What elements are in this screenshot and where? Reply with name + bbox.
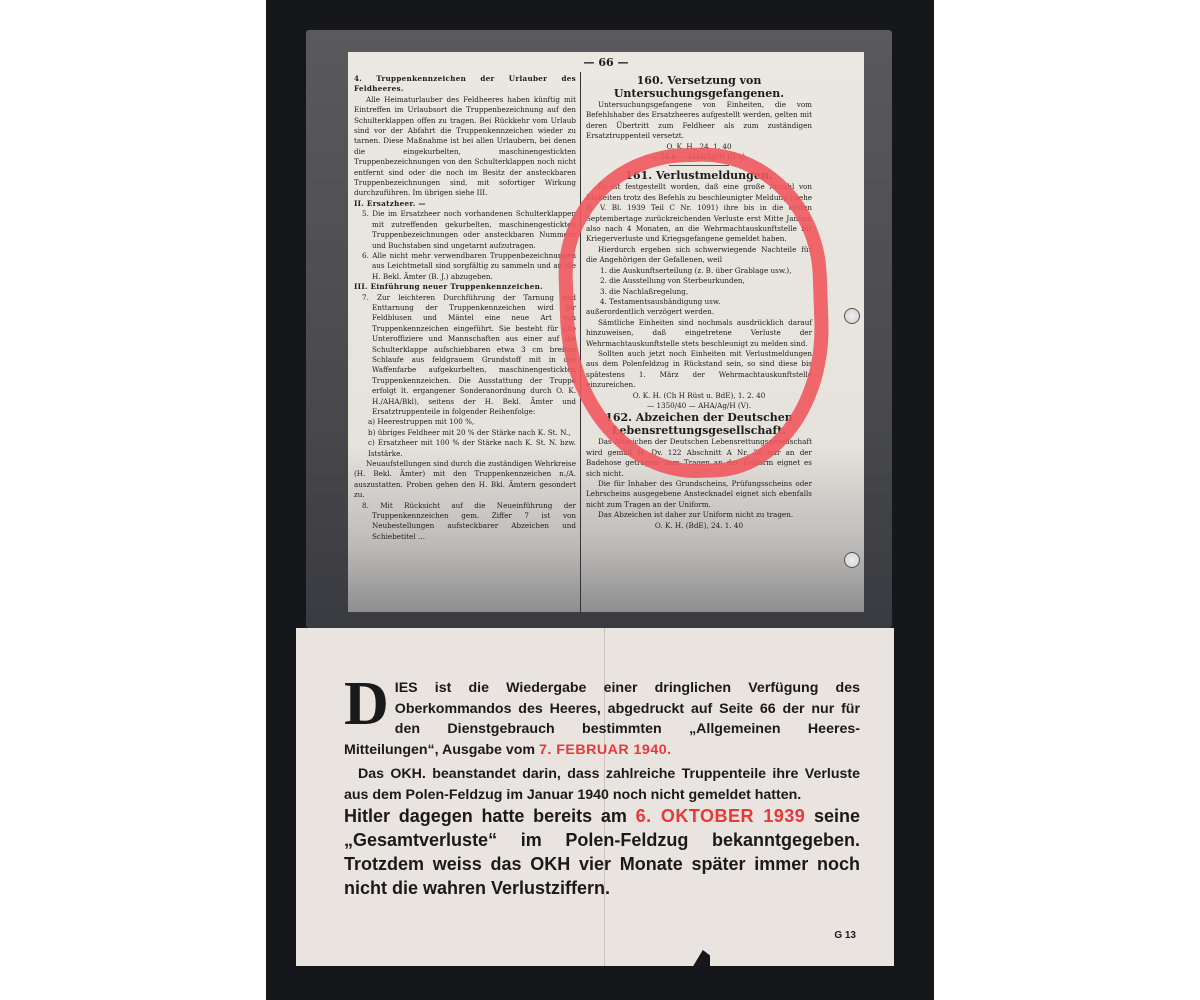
list-item: b) übriges Feldheer mit 20 % der Stärke … [354, 428, 576, 438]
leaflet: — 66 — 4. Truppenkennzeichen der Urlaube… [296, 28, 894, 966]
left-column: 4. Truppenkennzeichen der Urlauber des F… [354, 74, 576, 542]
item4-heading: 4. Truppenkennzeichen der Urlauber des F… [354, 74, 576, 95]
divider [669, 165, 729, 166]
article-161-p3: außerordentlich verzögert werden. [586, 307, 812, 317]
caption-card: DIES ist die Wiedergabe einer dringliche… [296, 628, 894, 966]
statement-text: Hitler dagegen hatte bereits am [344, 806, 636, 826]
caption-body: DIES ist die Wiedergabe einer dringliche… [344, 678, 860, 805]
list-item: c) Ersatzheer mit 100 % der Stärke nach … [354, 438, 576, 459]
caption-statement: Hitler dagegen hatte bereits am 6. OKTOB… [344, 804, 860, 900]
item5-text: 5. Die im Ersatzheer noch vorhandenen Sc… [354, 209, 576, 251]
reproduced-document-page: — 66 — 4. Truppenkennzeichen der Urlaube… [348, 52, 864, 612]
punch-hole-icon [844, 552, 860, 568]
section3-heading: III. Einführung neuer Truppenkennzeichen… [354, 282, 576, 292]
reproduced-document-frame: — 66 — 4. Truppenkennzeichen der Urlaube… [306, 30, 892, 628]
item7-text: 7. Zur leichteren Durchführung der Tarnu… [354, 293, 576, 418]
highlight-date-feb-1940: 7. FEBRUAR 1940. [539, 742, 672, 758]
article-160-title: 160. Versetzung von Untersuchungsgefange… [586, 74, 812, 100]
article-161-p4: Sämtliche Einheiten sind nochmals ausdrü… [586, 318, 812, 349]
right-column: 160. Versetzung von Untersuchungsgefange… [586, 74, 812, 531]
list-item: a) Heerestruppen mit 100 %, [354, 417, 576, 427]
drop-cap: D [344, 680, 389, 728]
article-161-ref-number: — 1350/40 — AHA/Ag/H (V). [586, 401, 812, 411]
item8-text: 8. Mit Rücksicht auf die Neueinführung d… [354, 501, 576, 543]
article-162-p2: Die für Inhaber des Grundscheins, Prüfun… [586, 479, 812, 510]
section2-heading: II. Ersatzheer. — [354, 199, 576, 209]
article-161-p2: Hierdurch ergeben sich schwerwiegende Na… [586, 245, 812, 266]
caption-paragraph-2: Das OKH. beanstandet darin, dass zahlrei… [344, 764, 860, 805]
article-161-title: 161. Verlustmeldungen. [586, 169, 812, 182]
torn-edge [692, 950, 710, 968]
item4-text: Alle Heimaturlauber des Feldheeres haben… [354, 95, 576, 199]
list-item: 4. Testamentsaushändigung usw. [586, 297, 812, 307]
article-161-p1: Es ist festgestellt worden, daß eine gro… [586, 182, 812, 244]
list-item: 1. die Auskunftserteilung (z. B. über Gr… [586, 266, 812, 276]
punch-hole-icon [844, 308, 860, 324]
neuaufstellungen-text: Neuaufstellungen sind durch die zuständi… [354, 459, 576, 501]
column-divider [580, 72, 581, 612]
article-161-p5: Sollten auch jetzt noch Einheiten mit Ve… [586, 349, 812, 391]
item6-text: 6. Alle nicht mehr verwendbaren Truppenb… [354, 251, 576, 282]
article-160-ref: O. K. H., 24. 1. 40 [586, 142, 812, 152]
article-162-p3: Das Abzeichen ist daher zur Uniform nich… [586, 510, 812, 520]
list-item: 3. die Nachlaßregelung, [586, 287, 812, 297]
article-162-title: 162. Abzeichen der Deutschen Lebensrettu… [586, 411, 812, 437]
highlight-date-oct-1939: 6. OKTOBER 1939 [636, 806, 806, 826]
leaflet-code: G 13 [834, 930, 856, 941]
article-160-ref-number: — 54 a — AHA/Ag/H (II a). [586, 152, 812, 162]
article-162-p1: Das Abzeichen der Deutschen Lebensrettun… [586, 437, 812, 479]
article-161-ref: O. K. H. (Ch H Rüst u. BdE), 1. 2. 40 [586, 391, 812, 401]
article-160-text: Untersuchungsgefangene von Einheiten, di… [586, 100, 812, 142]
list-item: 2. die Ausstellung von Sterbeurkunden, [586, 276, 812, 286]
page-number: — 66 — [348, 56, 864, 69]
article-162-ref: O. K. H. (BdE), 24. 1. 40 [586, 521, 812, 531]
caption-paragraph-1: DIES ist die Wiedergabe einer dringliche… [344, 678, 860, 760]
